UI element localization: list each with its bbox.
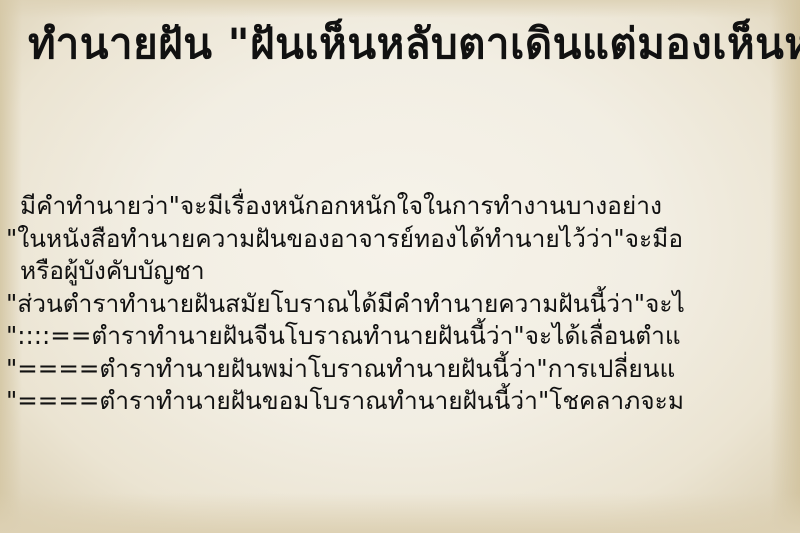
interpretation-line: "====ตำราทำนายฝันพม่าโบราณทำนายฝันนี้ว่า…	[0, 353, 800, 386]
interpretation-line: "::::==ตำราทำนายฝันจีนโบราณทำนายฝันนี้ว่…	[0, 320, 800, 353]
page-title: ทำนายฝัน "ฝันเห็นหลับตาเดินแต่มองเห็นห	[28, 12, 800, 76]
interpretation-line: "====ตำราทำนายฝันขอมโบราณทำนายฝันนี้ว่า"…	[0, 385, 800, 418]
dream-interpretation-body: มีคำทำนายว่า"จะมีเรื่องหนักอกหนักใจในการ…	[0, 190, 800, 418]
interpretation-line: หรือผู้บังคับบัญชา	[0, 255, 800, 288]
interpretation-line: "ส่วนตำราทำนายฝันสมัยโบราณได้มีคำทำนายคว…	[0, 288, 800, 321]
paper-edge-bottom	[0, 493, 800, 533]
interpretation-line: มีคำทำนายว่า"จะมีเรื่องหนักอกหนักใจในการ…	[0, 190, 800, 223]
interpretation-line: "ในหนังสือทำนายความฝันของอาจารย์ทองได้ทำ…	[0, 223, 800, 256]
